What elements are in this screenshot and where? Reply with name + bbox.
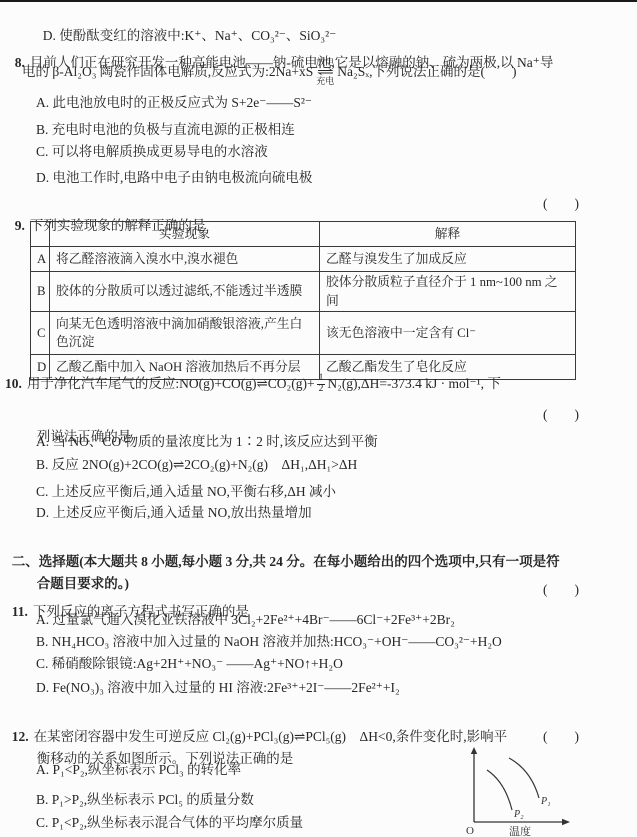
- row-explanation: 胶体分散质粒子直径介于 1 nm~100 nm 之间: [320, 272, 576, 312]
- section-2-header-line-1: 二、选择题(本大题共 8 小题,每小题 3 分,共 24 分。在每小题给出的四个…: [0, 529, 637, 551]
- section-2-header-line-2: 合题目要求的。): [0, 551, 637, 573]
- fraction-numerator: 1: [319, 374, 324, 384]
- fraction-one-half: 1 2: [317, 374, 326, 395]
- question-10-text-1-pre: 用于净化汽车尾气的反应:NO(g)+CO(g)⇌CO₂(g)+: [27, 369, 315, 399]
- option-text: C. 上述反应平衡后,通入适量 NO,平衡右移,ΔH 减小: [36, 484, 336, 499]
- question-12-figure: P₂ P₁ O 温度: [465, 744, 577, 836]
- curve-p2-label: P₂: [513, 809, 524, 820]
- row-phenomenon: 将乙醛溶液滴入溴水中,溴水褪色: [50, 247, 320, 272]
- row-phenomenon: 胶体的分散质可以透过滤纸,不能透过半透膜: [50, 272, 320, 312]
- question-8-text-2-pre: 电的 β-Al₂O₃ 陶瓷作固体电解质,反应式为:2Na+xS: [22, 57, 313, 87]
- row-label: B: [31, 272, 50, 312]
- curve-p1: [509, 758, 539, 798]
- temperature-equilibrium-chart: P₂ P₁ O 温度: [465, 744, 577, 836]
- row-explanation: 乙醛与溴发生了加成反应: [320, 247, 576, 272]
- table-row: A 将乙醛溶液滴入溴水中,溴水褪色 乙醛与溴发生了加成反应: [31, 247, 576, 272]
- question-10-line-1: 10. 用于净化汽车尾气的反应:NO(g)+CO(g)⇌CO₂(g)+ 1 2 …: [0, 369, 637, 399]
- y-axis-arrow-icon: [471, 747, 477, 754]
- option-text: A. 过量氯气通入溴化亚铁溶液中 3Cl₂+2Fe²⁺+4Br⁻——6Cl⁻+2…: [36, 612, 455, 627]
- question-8-option-c: C. 可以将电解质换成更易导电的水溶液: [0, 141, 637, 163]
- x-axis-arrow-icon: [562, 819, 570, 825]
- experiment-table: 实验现象 解释 A 将乙醛溶液滴入溴水中,溴水褪色 乙醛与溴发生了加成反应 B …: [30, 221, 576, 380]
- option-text: B. 充电时电池的负极与直流电源的正极相连: [36, 122, 295, 137]
- curve-p1-label: P₁: [540, 796, 551, 807]
- table-corner-cell: [31, 222, 50, 247]
- question-10-option-c: C. 上述反应平衡后,通入适量 NO,平衡右移,ΔH 减小: [0, 481, 637, 503]
- question-12-line-1: 12.在某密闭容器中发生可逆反应 Cl₂(g)+PCl₃(g)⇌PCl₅(g) …: [0, 704, 637, 726]
- equilibrium-arrow-icon: ⇌: [317, 67, 334, 76]
- option-text: C. P₁<P₂,纵坐标表示混合气体的平均摩尔质量: [36, 815, 303, 830]
- question-8-line-2: 电的 β-Al₂O₃ 陶瓷作固体电解质,反应式为:2Na+xS 放电 ⇌ 充电 …: [0, 57, 637, 87]
- question-10-option-d: D. 上述反应平衡后,通入适量 NO,放出热量增加: [0, 502, 637, 524]
- question-10-text-1-post: N₂(g),ΔH=-373.4 kJ · mol⁻¹, 下: [327, 369, 501, 399]
- table-row: B 胶体的分散质可以透过滤纸,不能透过半透膜 胶体分散质粒子直径介于 1 nm~…: [31, 272, 576, 312]
- question-9-stem: 9.下列实验现象的解释正确的是 ( ): [0, 193, 637, 215]
- option-text: C. 可以将电解质换成更易导电的水溶液: [36, 144, 268, 159]
- table-header-phenomenon: 实验现象: [50, 222, 320, 247]
- option-text: C. 稀硝酸除银镜:Ag+2H⁺+NO₃⁻ ——Ag⁺+NO↑+H₂O: [36, 656, 343, 671]
- question-11-option-c: C. 稀硝酸除银镜:Ag+2H⁺+NO₃⁻ ——Ag⁺+NO↑+H₂O: [0, 653, 637, 675]
- question-9-number: 9.: [15, 218, 30, 233]
- answer-bracket: ( ): [543, 579, 579, 601]
- table-header-row: 实验现象 解释: [31, 222, 576, 247]
- option-text: A. P₁<P₂,纵坐标表示 PCl₃ 的转化率: [36, 762, 241, 777]
- option-text: D. Fe(NO₃)₃ 溶液中加入过量的 HI 溶液:2Fe³⁺+2I⁻——2F…: [36, 680, 400, 695]
- question-11-option-a: A. 过量氯气通入溴化亚铁溶液中 3Cl₂+2Fe²⁺+4Br⁻——6Cl⁻+2…: [0, 609, 637, 631]
- option-text: A. 此电池放电时的正极反应式为 S+2e⁻——S²⁻: [36, 95, 312, 110]
- option-text: B. NH₄HCO₃ 溶液中加入过量的 NaOH 溶液并加热:HCO₃⁻+OH⁻…: [36, 634, 502, 649]
- page-top-rule: [0, 0, 637, 2]
- row-label: A: [31, 247, 50, 272]
- option-text: D. 上述反应平衡后,通入适量 NO,放出热量增加: [36, 505, 312, 520]
- question-10-line-2: 列说法正确的是 ( ): [0, 404, 637, 426]
- row-explanation: 该无色溶液中一定含有 Cl⁻: [320, 312, 576, 355]
- option-text: B. 反应 2NO(g)+2CO(g)⇌2CO₂(g)+N₂(g) ΔH₁,ΔH…: [36, 457, 357, 472]
- discharge-charge-equilibrium-arrow: 放电 ⇌ 充电: [316, 58, 334, 86]
- fraction-denominator: 2: [317, 384, 326, 395]
- curve-p2: [487, 770, 512, 810]
- question-8-line-1: 8.目前人们正在研究开发一种高能电池——钠-硫电池,它是以熔融的钠、硫为两极,以…: [0, 30, 637, 52]
- question-11-option-b: B. NH₄HCO₃ 溶液中加入过量的 NaOH 溶液并加热:HCO₃⁻+OH⁻…: [0, 631, 637, 653]
- question-8-text-2-tail: 下列说法正确的是( ): [373, 57, 517, 87]
- answer-bracket: ( ): [543, 404, 579, 426]
- question-11-option-d: D. Fe(NO₃)₃ 溶液中加入过量的 HI 溶液:2Fe³⁺+2I⁻——2F…: [0, 677, 637, 699]
- question-10-option-b: B. 反应 2NO(g)+2CO(g)⇌2CO₂(g)+N₂(g) ΔH₁,ΔH…: [0, 454, 637, 476]
- option-text: A. 当 NO、CO 物质的量浓度比为 1∶2 时,该反应达到平衡: [36, 434, 378, 449]
- answer-bracket: ( ): [543, 193, 579, 215]
- option-text: B. P₁>P₂,纵坐标表示 PCl₅ 的质量分数: [36, 792, 254, 807]
- question-8-option-b: B. 充电时电池的负极与直流电源的正极相连: [0, 119, 637, 141]
- origin-label: O: [466, 825, 474, 836]
- table-row: C 向某无色透明溶液中滴加硝酸银溶液,产生白色沉淀 该无色溶液中一定含有 Cl⁻: [31, 312, 576, 355]
- question-8-option-d: D. 电池工作时,电路中电子由钠电极流向硫电极: [0, 167, 637, 189]
- question-10-option-a: A. 当 NO、CO 物质的量浓度比为 1∶2 时,该反应达到平衡: [0, 431, 637, 453]
- row-phenomenon: 向某无色透明溶液中滴加硝酸银溶液,产生白色沉淀: [50, 312, 320, 355]
- question-10-number: 10.: [5, 369, 27, 399]
- prev-question-option-d: D. 使酚酞变红的溶液中:K⁺、Na⁺、CO₃²⁻、SiO₃²⁻: [0, 3, 637, 25]
- question-8-option-a: A. 此电池放电时的正极反应式为 S+2e⁻——S²⁻: [0, 92, 637, 114]
- question-11-stem: 11.下列反应的离子方程式书写正确的是 ( ): [0, 579, 637, 601]
- row-label: C: [31, 312, 50, 355]
- option-text: D. 电池工作时,电路中电子由钠电极流向硫电极: [36, 170, 312, 185]
- x-axis-label: 温度: [509, 824, 531, 836]
- table-header-explanation: 解释: [320, 222, 576, 247]
- question-8-text-2-post: Na₂Sₓ,: [337, 57, 372, 87]
